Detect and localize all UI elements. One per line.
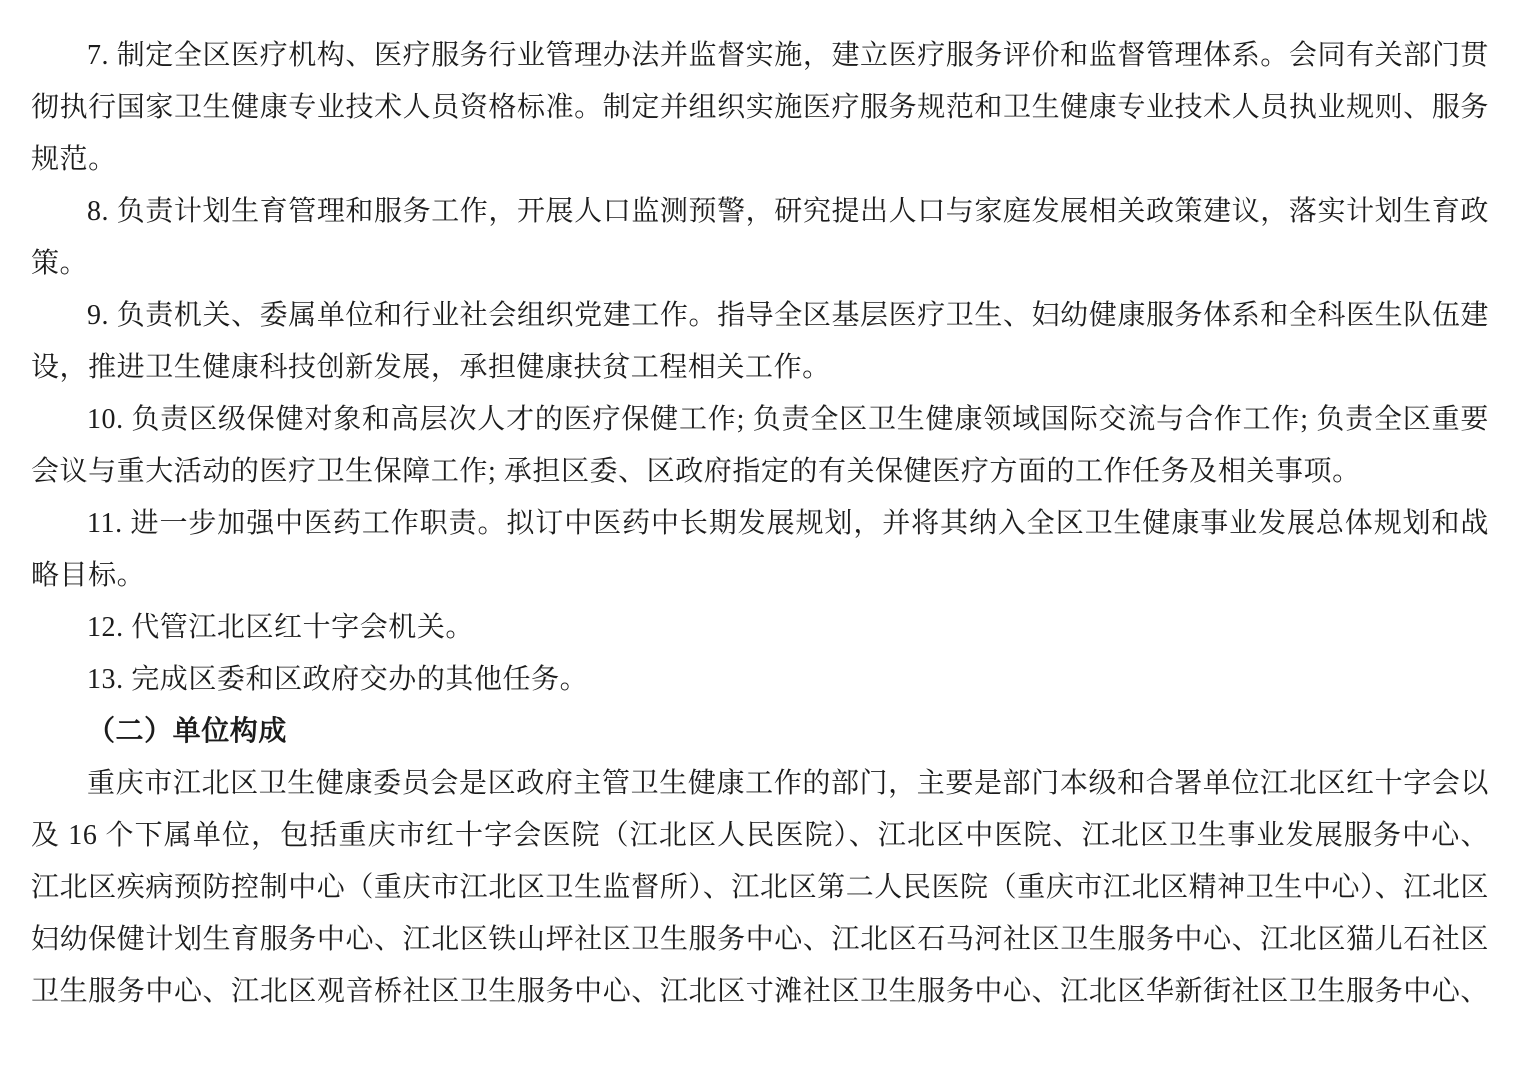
clause-10: 10. 负责区级保健对象和高层次人才的医疗保健工作; 负责全区卫生健康领域国际交… bbox=[31, 394, 1489, 498]
clause-12: 12. 代管江北区红十字会机关。 bbox=[31, 602, 1489, 654]
clause-13: 13. 完成区委和区政府交办的其他任务。 bbox=[31, 654, 1489, 706]
clause-7: 7. 制定全区医疗机构、医疗服务行业管理办法并监督实施，建立医疗服务评价和监督管… bbox=[31, 30, 1489, 186]
clause-11: 11. 进一步加强中医药工作职责。拟订中医药中长期发展规划，并将其纳入全区卫生健… bbox=[31, 498, 1489, 602]
composition-paragraph: 重庆市江北区卫生健康委员会是区政府主管卫生健康工作的部门，主要是部门本级和合署单… bbox=[31, 758, 1489, 1018]
document-page: 7. 制定全区医疗机构、医疗服务行业管理办法并监督实施，建立医疗服务评价和监督管… bbox=[0, 0, 1520, 1074]
section-heading-unit-composition: （二）单位构成 bbox=[31, 706, 1489, 758]
clause-9: 9. 负责机关、委属单位和行业社会组织党建工作。指导全区基层医疗卫生、妇幼健康服… bbox=[31, 290, 1489, 394]
clause-8: 8. 负责计划生育管理和服务工作，开展人口监测预警，研究提出人口与家庭发展相关政… bbox=[31, 186, 1489, 290]
